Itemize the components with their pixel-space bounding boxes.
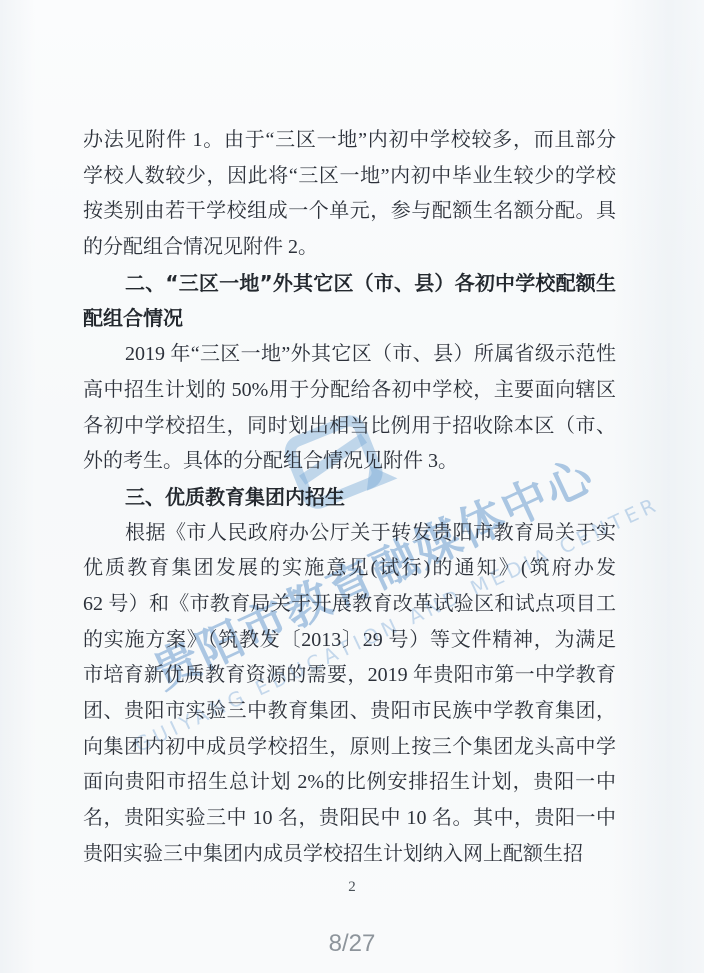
text-line: 优质教育集团发展的实施意见(试行)的通知》(筑府办发〔2013〕 [83,551,616,587]
text-line: 市培育新优质教育资源的需要，2019 年贵阳市第一中学教育集 [83,658,616,694]
document-page-number: 2 [0,879,704,896]
text-line: 贵阳实验三中集团内成员学校招生计划纳入网上配额生招生， [83,837,616,873]
text-line: 按类别由若干学校组成一个单元，参与配额生名额分配。具体 [83,194,616,230]
document-page: 贵阳市教育融媒体中心 GUIYANG EDUCATION AND MEDIA C… [0,0,704,973]
text-line: 团、贵阳市实验三中教育集团、贵阳市民族中学教育集团，面 [83,694,616,730]
document-text: 办法见附件 1。由于“三区一地”内初中学校较多，而且部分 学校人数较少，因此将“… [83,123,616,872]
text-line: 向集团内初中成员学校招生，原则上按三个集团龙头高中学校 [83,730,616,766]
text-line: 根据《市人民政府办公厅关于转发贵阳市教育局关于实施 [83,516,616,552]
text-line: 2019 年“三区一地”外其它区（市、县）所属省级示范性 [83,337,616,373]
viewer-page-indicator: 8/27 [0,930,704,958]
section-heading-line: 三、优质教育集团内招生 [83,480,616,516]
text-line: 办法见附件 1。由于“三区一地”内初中学校较多，而且部分 [83,123,616,159]
text-line: 名，贵阳实验三中 10 名，贵阳民中 10 名。其中，贵阳一中和 [83,801,616,837]
text-line: 各初中学校招生，同时划出相当比例用于招收除本区（市、县） [83,409,616,445]
section-heading-line: 二、“三区一地”外其它区（市、县）各初中学校配额生分 [83,266,616,302]
text-line: 学校人数较少，因此将“三区一地”内初中毕业生较少的学校 [83,159,616,195]
text-line: 外的考生。具体的分配组合情况见附件 3。 [83,444,616,480]
text-line: 62 号）和《市教育局关于开展教育改革试验区和试点项目工作 [83,587,616,623]
section-heading-line: 配组合情况 [83,301,616,337]
text-line: 面向贵阳市招生总计划 2%的比例安排招生计划，贵阳一中 20 [83,765,616,801]
text-line: 高中招生计划的 50%用于分配给各初中学校，主要面向辖区内 [83,373,616,409]
text-line: 的实施方案》（筑教发〔2013〕29 号）等文件精神，为满足我 [83,623,616,659]
text-line: 的分配组合情况见附件 2。 [83,230,616,266]
